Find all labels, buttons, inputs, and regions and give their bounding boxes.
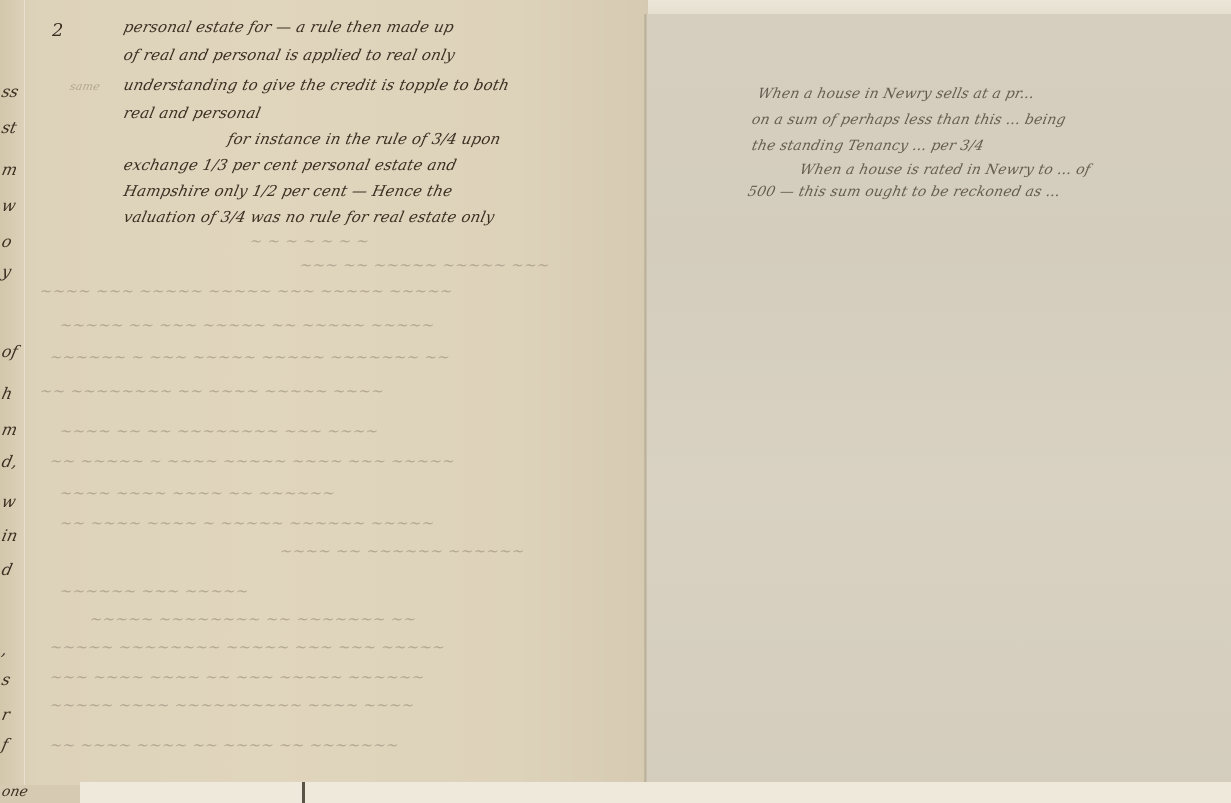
manuscript-scan: ss st m w o y of h m d, w in d , s r f o… (0, 0, 1231, 803)
bleed-through-line: ~~ ~~~~~ ~ ~~~~ ~~~~~ ~~~~ ~~~ ~~~~~ (48, 452, 457, 470)
bleed-through-line: ~~~~ ~~ ~~ ~~~~~~~~ ~~~ ~~~~ (58, 422, 380, 440)
bleed-through-line: ~~ ~~~~ ~~~~ ~ ~~~~~ ~~~~~~ ~~~~~ (58, 514, 436, 532)
bottom-divider (302, 782, 305, 803)
handwritten-line: 500 — this sum ought to be reckoned as .… (746, 184, 1062, 200)
handwritten-line: personal estate for — a rule then made u… (122, 18, 456, 36)
bleed-through-line: ~~~~~~ ~ ~~~ ~~~~~ ~~~~~ ~~~~~~~ ~~ (48, 348, 452, 366)
bleed-through-line: ~~~~ ~~~ ~~~~~ ~~~~~ ~~~ ~~~~~ ~~~~~ (38, 282, 455, 300)
margin-note: same (69, 80, 102, 93)
margin-fragment: one (0, 784, 29, 800)
handwritten-line: the standing Tenancy ... per 3/4 (750, 138, 985, 154)
handwritten-line: When a house is rated in Newry to ... of (798, 162, 1092, 178)
handwritten-line: exchange 1/3 per cent personal estate an… (122, 156, 458, 174)
bleed-through-line: ~ ~ ~ ~ ~ ~ ~ (248, 232, 371, 250)
bleed-through-line: ~~~ ~~ ~~~~~ ~~~~~ ~~~ (298, 256, 552, 274)
right-page (646, 14, 1231, 794)
page-fold (644, 14, 647, 789)
handwritten-line: When a house in Newry sells at a pr... (756, 86, 1036, 102)
bleed-through-line: ~~ ~~~~ ~~~~ ~~ ~~~~ ~~ ~~~~~~~ (48, 736, 401, 754)
handwritten-line: Hampshire only 1/2 per cent — Hence the (122, 182, 454, 200)
bleed-through-line: ~~ ~~~~~~~~ ~~ ~~~~ ~~~~~ ~~~~ (38, 382, 386, 400)
bleed-through-line: ~~~~~ ~~~~~~~~ ~~ ~~~~~~~ ~~ (88, 610, 418, 628)
handwritten-line: on a sum of perhaps less than this ... b… (750, 112, 1067, 128)
bleed-through-line: ~~~~~ ~~ ~~~ ~~~~~ ~~ ~~~~~ ~~~~~ (58, 316, 436, 334)
handwritten-line: of real and personal is applied to real … (122, 46, 457, 64)
corner-mark: 2 (52, 20, 63, 41)
bleed-through-line: ~~~~ ~~~~ ~~~~ ~~ ~~~~~~ (58, 484, 337, 502)
scanner-background-bottom (80, 782, 1231, 803)
bleed-through-line: ~~~ ~~~~ ~~~~ ~~ ~~~ ~~~~~ ~~~~~~ (48, 668, 426, 686)
bleed-through-line: ~~~~~ ~~~~~~~~ ~~~~~ ~~~ ~~~ ~~~~~ (48, 638, 447, 656)
bleed-through-line: ~~~~~~ ~~~ ~~~~~ (58, 582, 251, 600)
handwritten-line: valuation of 3/4 was no rule for real es… (122, 208, 496, 226)
handwritten-line: real and personal (122, 104, 263, 122)
handwritten-line: for instance in the rule of 3/4 upon (226, 130, 502, 148)
bleed-through-line: ~~~~ ~~ ~~~~~~ ~~~~~~ (278, 542, 527, 560)
bleed-through-line: ~~~~~ ~~~~ ~~~~~~~~~~ ~~~~ ~~~~ (48, 696, 416, 714)
handwritten-line: understanding to give the credit is topp… (122, 76, 511, 94)
